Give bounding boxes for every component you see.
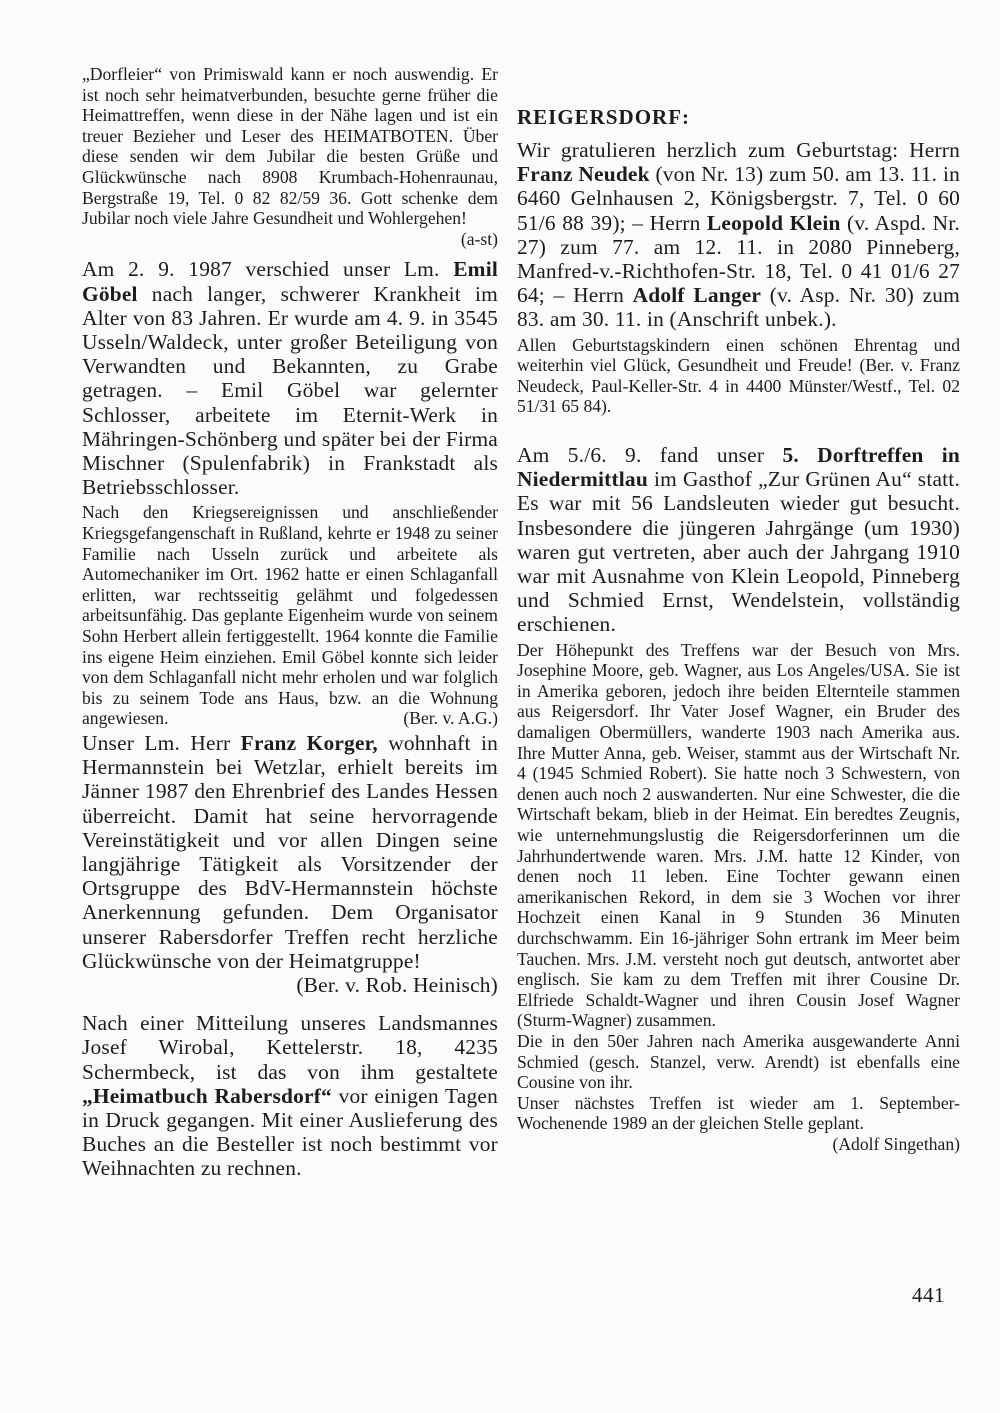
- left-column: „Dorfleier“ von Primiswald kann er noch …: [82, 64, 498, 1181]
- person-name: Adolf Langer: [633, 283, 762, 307]
- signature: (Ber. v. Rob. Heinisch): [296, 973, 498, 997]
- section-heading-reigersdorf: REIGERSDORF:: [517, 104, 960, 130]
- paragraph-moore-visit: Der Höhepunkt des Treffens war der Besuc…: [517, 640, 960, 1031]
- right-column: REIGERSDORF: Wir gratulieren herzlich zu…: [517, 64, 960, 1154]
- paragraph-dorftreffen: Am 5./6. 9. fand unser 5. Dorftreffen in…: [517, 443, 960, 637]
- signature: (Ber. v. A.G.): [403, 708, 498, 729]
- paragraph-text: „Dorfleier“ von Primiswald kann er noch …: [82, 64, 498, 228]
- paragraph-goebel-biography: Nach den Kriegsereignissen und anschließ…: [82, 502, 498, 729]
- paragraph-next-meeting: Unser nächstes Treffen ist wieder am 1. …: [517, 1093, 960, 1155]
- paragraph-heimatbuch: Nach einer Mitteilung unseres Landsmanne…: [82, 1011, 498, 1180]
- person-name: Franz Korger,: [241, 731, 378, 755]
- document-page: „Dorfleier“ von Primiswald kann er noch …: [0, 0, 1000, 1413]
- paragraph-text: Nach den Kriegsereignissen und anschließ…: [82, 502, 498, 728]
- signature: (a-st): [82, 229, 498, 250]
- paragraph-obituary-goebel: Am 2. 9. 1987 verschied unser Lm. Emil G…: [82, 257, 498, 499]
- person-name: Leopold Klein: [707, 211, 841, 235]
- paragraph-jubilar: „Dorfleier“ von Primiswald kann er noch …: [82, 64, 498, 249]
- paragraph-anni-schmied: Die in den 50er Jahren nach Amerika ausg…: [517, 1031, 960, 1093]
- paragraph-birthdays: Wir gratulieren herzlich zum Geburtstag:…: [517, 138, 960, 332]
- paragraph-korger: Unser Lm. Herr Franz Korger, wohnhaft in…: [82, 731, 498, 997]
- person-name: Franz Neudek: [517, 162, 650, 186]
- paragraph-birthday-wishes: Allen Geburtstagskindern einen schönen E…: [517, 335, 960, 417]
- book-title: „Heimatbuch Rabersdorf“: [82, 1084, 332, 1108]
- page-number: 441: [912, 1283, 945, 1308]
- signature: (Adolf Singethan): [832, 1134, 960, 1155]
